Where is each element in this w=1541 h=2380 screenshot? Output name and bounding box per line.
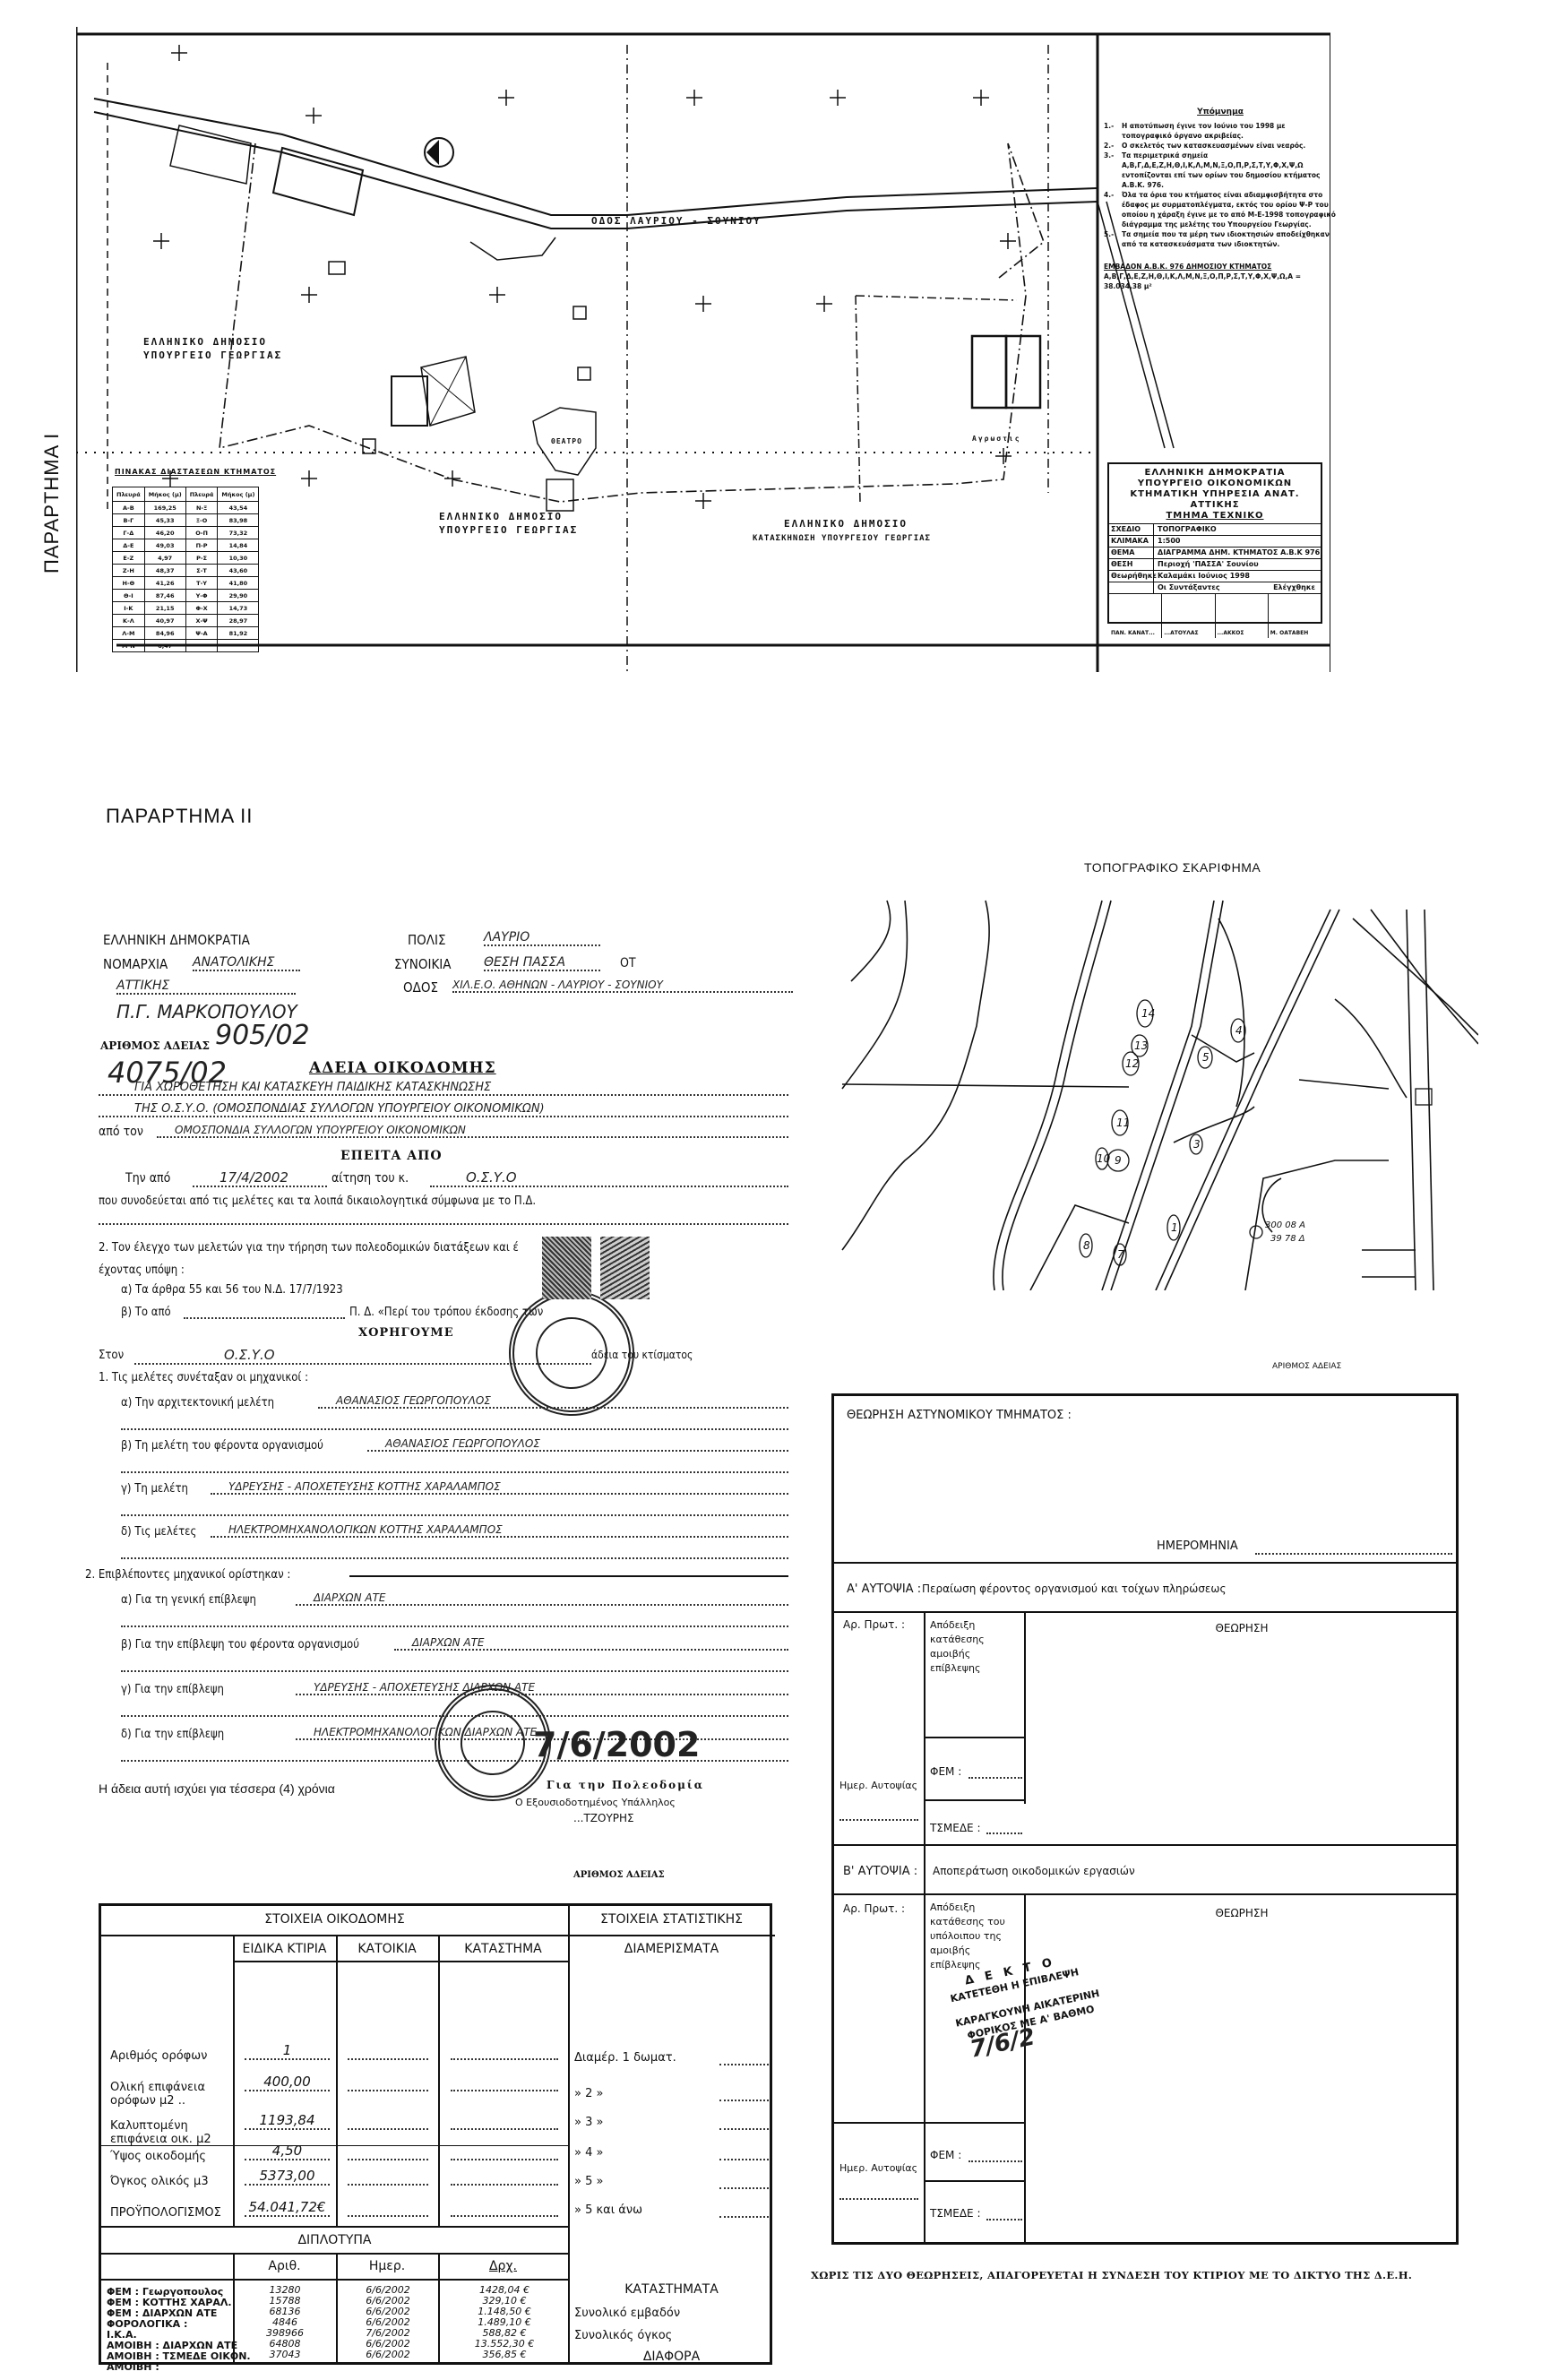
check-line: 2. Τον έλεγχο των μελετών για την τήρηση… xyxy=(99,1241,519,1255)
clause-b-suffix: Π. Δ. «Περί του τρόπου έκδοσης των xyxy=(349,1306,543,1319)
table-row: Γ-Δ46,20Ο-Π73,32 xyxy=(113,527,259,539)
district-value: ΘΕΣΗ ΠΑΣΣΑ xyxy=(484,955,600,971)
receipt-a: Απόδειξη κατάθεσης αμοιβής επίβλεψης xyxy=(930,1618,1020,1676)
table-row: Δ-Ε49,03Π-Ρ14,84 xyxy=(113,539,259,552)
table-cell: 28,97 xyxy=(218,615,259,627)
inspection-b-label: Β' ΑΥΤΟΨΙΑ : xyxy=(843,1865,917,1878)
map-notes: Υπόμνημα 1.-Η αποτύπωση έγινε τον Ιούνιο… xyxy=(1104,108,1337,269)
prefecture-value: ΑΝΑΤΟΛΙΚΗΣ xyxy=(193,955,300,971)
neighbor-label: ΕΛΛΗΝΙΚΟ ΔΗΜΟΣΙΟ xyxy=(784,518,908,530)
police-heading: ΘΕΩΡΗΣΗ ΑΣΤΥΝΟΜΙΚΟΥ ΤΜΗΜΑΤΟΣ : xyxy=(847,1409,1072,1422)
revenue-stamp xyxy=(600,1237,650,1299)
fem-label: ΦΕΜ : xyxy=(930,1765,961,1778)
table-cell: Χ-Ψ xyxy=(185,615,218,627)
supervisor-label: δ) Για την επίβλεψη xyxy=(121,1728,224,1741)
supervisor-value: ΔΙΑΡΧΩΝ ΑΤΕ xyxy=(394,1636,788,1651)
building-row-label: Ύψος οικοδομής xyxy=(110,2150,231,2163)
divider xyxy=(924,1893,925,2243)
apartment-row: » 5 και άνω xyxy=(574,2203,642,2217)
after-heading: ΕΠΕΙΤΑ ΑΠΟ xyxy=(340,1149,443,1163)
inspection-date-label: Ημερ. Αυτοψίας xyxy=(839,2162,917,2174)
table-cell: Β-Γ xyxy=(113,514,145,527)
table-cell: 29,90 xyxy=(218,590,259,602)
permit-number-label: ΑΡΙΘΜΟΣ ΑΔΕΙΑΣ xyxy=(100,1039,210,1052)
apartment-row: » 4 » xyxy=(574,2146,603,2160)
inspection-date-field xyxy=(839,2198,918,2200)
inspection-b-text: Αποπεράτωση οικοδομικών εργασιών xyxy=(933,1865,1135,1877)
tsmede-label: ΤΣΜΕΔΕ : xyxy=(930,2207,981,2220)
blank-field xyxy=(348,2215,428,2217)
title-block-row: ΘΕΜΑΔΙΑΓΡΑΜΜΑ ΔΗΜ. ΚΤΗΜΑΤΟΣ Α.Β.Κ 976 xyxy=(1109,547,1321,558)
divider xyxy=(101,2226,568,2228)
topographic-sketch: 14 13 12 11 9 10 5 4 3 1 7 8 300 08 Α 39… xyxy=(833,892,1478,1290)
studies-heading: 1. Τις μελέτες συνέταξαν οι μηχανικοί : xyxy=(99,1371,308,1384)
date-input xyxy=(1255,1553,1452,1555)
neighbor-label: ΕΛΛΗΝΙΚΟ ΔΗΜΟΣΙΟ xyxy=(439,511,563,522)
divider xyxy=(834,2122,1024,2124)
table-row: Ε-Ζ4,97Ρ-Σ10,30 xyxy=(113,552,259,565)
blank-line xyxy=(121,1625,788,1627)
divider xyxy=(1024,1611,1026,1804)
area-value: Α,Β,Γ,Δ,Ε,Ζ,Η,Θ,Ι,Κ,Λ,Μ,Ν,Ξ,Ο,Π,Ρ,Σ,Τ,Υ,… xyxy=(1104,272,1337,291)
divider xyxy=(924,1799,1024,1801)
table-row: Θ-Ι87,46Υ-Φ29,90 xyxy=(113,590,259,602)
table-row: Μ-Ν6,47 xyxy=(113,640,259,652)
by-label: από τον xyxy=(99,1125,143,1139)
review-label: ΘΕΩΡΗΣΗ xyxy=(1022,1907,1461,1919)
title-block-row: Οι ΣυντάξαντεςΕλέγχθηκε xyxy=(1109,582,1321,593)
building-row-value: 1193,84 xyxy=(245,2112,330,2130)
table-cell: 14,73 xyxy=(218,602,259,615)
title-block-row: ΘεωρήθηκεΚαλαμάκι Ιούνιος 1998 xyxy=(1109,570,1321,582)
table-cell: 87,46 xyxy=(144,590,185,602)
table-cell: Π-Ρ xyxy=(185,539,218,552)
divider xyxy=(924,2180,1024,2182)
topo-sketch-drawing: 14 13 12 11 9 10 5 4 3 1 7 8 300 08 Α 39… xyxy=(833,892,1478,1290)
handwritten-number: 905/02 xyxy=(215,1020,310,1051)
blank-field xyxy=(719,2100,769,2101)
divider xyxy=(834,1893,1456,1895)
blank-field xyxy=(348,2058,428,2060)
blank-field xyxy=(719,2187,769,2189)
supervisor-value: ΥΔΡΕΥΣΗΣ - ΑΠΟΧΕΤΕΥΣΗΣ ΔΙΑΡΧΩΝ ΑΤΕ xyxy=(296,1681,788,1695)
topo-point-label: 5 xyxy=(1202,1051,1210,1064)
table-cell: 49,03 xyxy=(144,539,185,552)
divider xyxy=(336,1935,338,2226)
table-cell: 4,97 xyxy=(144,552,185,565)
table-cell: Τ-Υ xyxy=(185,577,218,590)
table-cell: Κ-Λ xyxy=(113,615,145,627)
title-block-row: ΚΛΙΜΑΚΑ1:500 xyxy=(1109,535,1321,547)
distances-table: ΠλευράΜήκος (μ) ΠλευράΜήκος (μ) Α-Β169,2… xyxy=(112,487,259,652)
column-header: ΕΙΔΙΚΑ ΚΤΙΡΙΑ xyxy=(233,1942,336,1956)
dup-column: Αριθ. xyxy=(233,2259,336,2273)
neighbor-label: ΚΑΤΑΣΚΗΝΩΣΗ ΥΠΟΥΡΓΕΙΟΥ ΓΕΩΡΓΙΑΣ xyxy=(753,534,931,543)
city-value: ΛΑΥΡΙΟ xyxy=(484,930,600,946)
blank-line xyxy=(121,1514,788,1516)
table-cell: 48,37 xyxy=(144,565,185,577)
fem-label: ΦΕΜ : xyxy=(930,2149,961,2161)
annex-1-label: ΠΑΡΑΡΤΗΜΑ Ι xyxy=(40,358,71,573)
inspection-date-label: Ημερ. Αυτοψίας xyxy=(839,1780,917,1791)
topo-point-label: 3 xyxy=(1193,1138,1201,1151)
building-row-value: 400,00 xyxy=(245,2074,330,2091)
study-label: β) Τη μελέτη του φέροντα οργανισμού xyxy=(121,1439,323,1453)
fem-field xyxy=(969,2160,1022,2162)
duplicate-label: ΑΜΟΙΒΗ : xyxy=(107,2361,159,2373)
inspection-date-field xyxy=(839,1819,918,1821)
table-cell: 45,33 xyxy=(144,514,185,527)
form-permit-number-label: ΑΡΙΘΜΟΣ ΑΔΕΙΑΣ xyxy=(1272,1362,1341,1371)
divider xyxy=(349,1575,788,1577)
supervisor-label: β) Για την επίβλεψη του φέροντα οργανισμ… xyxy=(121,1638,359,1651)
duplicate-date: 6/6/2002 xyxy=(343,2349,433,2360)
table-cell: 46,20 xyxy=(144,527,185,539)
topo-point-label: 7 xyxy=(1117,1248,1124,1261)
apartments-heading: ΔΙΑΜΕΡΙΣΜΑΤΑ xyxy=(568,1942,775,1956)
divider xyxy=(1024,1893,1026,2243)
table-cell: 73,32 xyxy=(218,527,259,539)
table-cell: Υ-Φ xyxy=(185,590,218,602)
table-row: Κ-Λ40,97Χ-Ψ28,97 xyxy=(113,615,259,627)
table-row: Λ-Μ84,96Ψ-Α81,92 xyxy=(113,627,259,640)
study-value: ΑΘΑΝΑΣΙΟΣ ΓΕΩΡΓΟΠΟΥΛΟΣ xyxy=(367,1437,788,1452)
building-heading: ΣΤΟΙΧΕΙΑ ΟΙΚΟΔΟΜΗΣ xyxy=(101,1912,568,1927)
apartment-row: » 3 » xyxy=(574,2116,603,2129)
table-cell: Γ-Δ xyxy=(113,527,145,539)
blank-field xyxy=(451,2215,558,2217)
table-cell xyxy=(218,640,259,652)
accompanied-text: που συνοδεύεται από τις μελέτες και τα λ… xyxy=(99,1194,536,1208)
blank-field xyxy=(348,2090,428,2091)
table-cell: 81,92 xyxy=(218,627,259,640)
duplicates-heading: ΔΙΠΛΟΤΥΠΑ xyxy=(101,2233,568,2247)
table-cell xyxy=(185,640,218,652)
building-data-table: ΣΤΟΙΧΕΙΑ ΟΙΚΟΔΟΜΗΣ ΣΤΟΙΧΕΙΑ ΣΤΑΤΙΣΤΙΚΗΣ … xyxy=(99,1903,772,2365)
signatory-name: ...ΤΖΟΥΡΗΣ xyxy=(573,1812,634,1824)
divider xyxy=(438,1935,440,2226)
inspection-a-label: Α' ΑΥΤΟΨΙΑ : xyxy=(847,1582,921,1596)
supervisor-label: α) Για τη γενική επίβλεψη xyxy=(121,1593,256,1607)
note-item: 3.-Τα περιμετρικά σημεία Α,Β,Γ,Δ,Ε,Ζ,Η,Θ… xyxy=(1104,151,1337,190)
study-label: γ) Τη μελέτη xyxy=(121,1482,188,1496)
divider xyxy=(101,2253,568,2255)
blank-line xyxy=(121,1471,788,1473)
request-by: Ο.Σ.Υ.Ο xyxy=(430,1169,788,1187)
table-cell: Ι-Κ xyxy=(113,602,145,615)
street-label: ΟΔΟΣ xyxy=(403,979,438,996)
request-date: 17/4/2002 xyxy=(193,1169,327,1187)
republic-label: ΕΛΛΗΝΙΚΗ ΔΗΜΟΚΡΑΤΙΑ xyxy=(103,932,250,948)
building-row-value: 4,50 xyxy=(245,2143,330,2160)
by-value: ΟΜΟΣΠΟΝΔΙΑ ΣΥΛΛΟΓΩΝ ΥΠΟΥΡΓΕΙΟΥ ΟΙΚΟΝΟΜΙΚ… xyxy=(157,1124,788,1138)
table-cell: Ψ-Α xyxy=(185,627,218,640)
topo-point-label: 9 xyxy=(1115,1154,1122,1167)
blank-field xyxy=(348,2184,428,2186)
building-row-label: ΠΡΟΫΠΟΛΟΓΙΣΜΟΣ xyxy=(110,2206,231,2220)
title-block-row: ΘΕΣΗΠεριοχή 'ΠΑΣΣΑ' Σουνίου xyxy=(1109,558,1321,570)
blank-line xyxy=(99,1223,788,1225)
building-row-label: Καλυπτομένη επιφάνεια οικ. μ2 xyxy=(110,2119,231,2146)
duplicate-number: 37043 xyxy=(240,2349,330,2360)
table-row: Ζ-Η48,37Σ-Τ43,60 xyxy=(113,565,259,577)
table-cell: 43,54 xyxy=(218,502,259,514)
table-cell: Ο-Π xyxy=(185,527,218,539)
divider xyxy=(336,2253,338,2362)
table-cell: 40,97 xyxy=(144,615,185,627)
divider xyxy=(834,1562,1456,1564)
column-header: ΚΑΤΑΣΤΗΜΑ xyxy=(438,1942,568,1956)
table-cell: Σ-Τ xyxy=(185,565,218,577)
table-cell: 10,30 xyxy=(218,552,259,565)
date-label: ΗΜΕΡΟΜΗΝΙΑ xyxy=(1157,1539,1238,1553)
table-cell: 41,26 xyxy=(144,577,185,590)
blank-field xyxy=(451,2058,558,2060)
district-suffix: ΟΤ xyxy=(620,956,636,970)
divider xyxy=(924,1737,1024,1738)
request-mid: αίτηση του κ. xyxy=(331,1171,409,1186)
neighbor-label: ΥΠΟΥΡΓΕΙΟ ΓΕΩΡΓΙΑΣ xyxy=(143,349,282,361)
theatre-label: ΘΕΑΤΡΟ xyxy=(551,437,582,445)
apartment-row: » 5 » xyxy=(574,2175,603,2188)
topo-point-label: 12 xyxy=(1125,1057,1139,1070)
note-item: 5.-Τα σημεία που τα μέρη των ιδιοκτησιών… xyxy=(1104,229,1337,249)
blank-field xyxy=(451,2090,558,2091)
blank-field xyxy=(451,2128,558,2130)
blank-field xyxy=(451,2159,558,2160)
table-cell: Η-Θ xyxy=(113,577,145,590)
table-cell: 83,98 xyxy=(218,514,259,527)
study-value: ΥΔΡΕΥΣΗΣ - ΑΠΟΧΕΤΕΥΣΗΣ ΚΟΤΤΗΣ ΧΑΡΑΛΑΜΠΟΣ xyxy=(211,1480,788,1495)
building-row-label: Αριθμός ορόφων xyxy=(110,2049,231,2063)
topo-point-label: 13 xyxy=(1134,1039,1148,1052)
receipt-b: Απόδειξη κατάθεσης του υπόλοιπου της αμο… xyxy=(930,1901,1023,1972)
permit-title: ΑΔΕΙΑ ΟΙΚΟΔΟΜΗΣ xyxy=(309,1059,496,1077)
fem-field xyxy=(969,1777,1022,1779)
table-header-row: ΠλευράΜήκος (μ) ΠλευράΜήκος (μ) xyxy=(113,487,259,502)
blank-line xyxy=(121,1670,788,1672)
blank-field xyxy=(719,2159,769,2160)
revenue-stamp xyxy=(542,1237,591,1299)
divider xyxy=(101,1935,775,1936)
topo-sketch-title: ΤΟΠΟΓΡΑΦΙΚΟ ΣΚΑΡΙΦΗΜΑ xyxy=(1084,860,1261,875)
topo-point-label: 8 xyxy=(1083,1239,1090,1252)
blank-line xyxy=(121,1428,788,1430)
street-value: ΧΙΛ.Ε.Ο. ΑΘΗΝΩΝ - ΛΑΥΡΙΟΥ - ΣΟΥΝΙΟΥ xyxy=(452,979,793,993)
divider xyxy=(233,1935,235,2226)
road-label: ΟΔΟΣ ΛΑΥΡΙΟΥ - ΣΟΥΝΙΟΥ xyxy=(591,215,762,227)
shops-volume-label: Συνολικός όγκος xyxy=(574,2329,672,2342)
table-cell: 6,47 xyxy=(144,640,185,652)
topo-point-label: 4 xyxy=(1235,1024,1243,1037)
prefecture-label: ΝΟΜΑΡΧΙΑ xyxy=(103,956,168,972)
table-row: Η-Θ41,26Τ-Υ41,80 xyxy=(113,577,259,590)
divider xyxy=(834,1611,1456,1613)
purpose-line-2: ΤΗΣ Ο.Σ.Υ.Ο. (ΟΜΟΣΠΟΝΔΙΑΣ ΣΥΛΛΟΓΩΝ ΥΠΟΥΡ… xyxy=(99,1102,788,1117)
prot-label: Αρ. Πρωτ. : xyxy=(843,1618,905,1631)
table-cell: Ν-Ξ xyxy=(185,502,218,514)
table-cell: 84,96 xyxy=(144,627,185,640)
title-block-row: ΣΧΕΔΙΟΤΟΠΟΓΡΑΦΙΚΟ xyxy=(1109,523,1321,535)
request-prefix: Την από xyxy=(125,1171,170,1186)
distances-title: ΠΙΝΑΚΑΣ ΔΙΑΣΤΑΣΕΩΝ ΚΤΗΜΑΤΟΣ xyxy=(115,468,276,476)
topo-point-label: 1 xyxy=(1171,1221,1178,1234)
divider xyxy=(101,2279,568,2281)
apartment-row: Διαμέρ. 1 δωματ. xyxy=(574,2051,676,2065)
clause-b-prefix: β) Το από xyxy=(121,1306,171,1319)
tsmede-field xyxy=(986,2219,1022,2220)
validity-note: Η άδεια αυτή ισχύει για τέσσερα (4) χρόν… xyxy=(99,1781,335,1796)
study-label: α) Την αρχιτεκτονική μελέτη xyxy=(121,1396,274,1410)
permit-number-footer: ΑΡΙΘΜΟΣ ΑΔΕΙΑΣ xyxy=(573,1870,665,1880)
table-cell: Ζ-Η xyxy=(113,565,145,577)
inspection-form: ΘΕΩΡΗΣΗ ΑΣΤΥΝΟΜΙΚΟΥ ΤΜΗΜΑΤΟΣ : ΗΜΕΡΟΜΗΝΙ… xyxy=(831,1393,1459,2245)
title-block-line: ΕΛΛΗΝΙΚΗ ΔΗΜΟΚΡΑΤΙΑ xyxy=(1109,468,1321,479)
neighbor-label: ΕΛΛΗΝΙΚΟ ΔΗΜΟΣΙΟ xyxy=(143,336,267,348)
misc-heading: ΔΙΑΦΟΡΑ xyxy=(568,2350,775,2364)
table-cell: 41,80 xyxy=(218,577,259,590)
table-cell: Δ-Ε xyxy=(113,539,145,552)
building-row-label: Όγκος ολικός μ3 xyxy=(110,2175,231,2188)
table-cell: Λ-Μ xyxy=(113,627,145,640)
table-cell: Ρ-Σ xyxy=(185,552,218,565)
sign-line-2: Ο Εξουσιοδοτημένος Υπάλληλος xyxy=(515,1797,676,1808)
study-label: δ) Τις μελέτες xyxy=(121,1525,196,1539)
issue-date: 7/6/2002 xyxy=(533,1725,700,1764)
blank-field xyxy=(451,2184,558,2186)
blank-line xyxy=(184,1317,345,1319)
neighbor-label: ΥΠΟΥΡΓΕΙΟ ΓΕΩΡΓΙΑΣ xyxy=(439,524,578,536)
shops-heading: ΚΑΤΑΣΤΗΜΑΤΑ xyxy=(568,2282,775,2297)
prot-label: Αρ. Πρωτ. : xyxy=(843,1902,905,1915)
blank-field xyxy=(719,2128,769,2130)
title-block-line: ΤΜΗΜΑ ΤΕΧΝΙΚΟ xyxy=(1109,511,1321,522)
note-item: 4.-Όλα τα όρια του κτήματος είναι αδιαμφ… xyxy=(1104,190,1337,229)
building-row-value: 1 xyxy=(245,2042,330,2060)
blank-field xyxy=(348,2128,428,2130)
title-block-line: ΚΤΗΜΑΤΙΚΗ ΥΠΗΡΕΣΙΑ ΑΝΑΤ. ΑΤΤΙΚΗΣ xyxy=(1109,489,1321,511)
area-title: ΕΜΒΑΔΟΝ Α.Β.Κ. 976 ΔΗΜΟΣΙΟΥ ΚΤΗΜΑΤΟΣ xyxy=(1104,262,1337,272)
divider xyxy=(438,2253,440,2362)
table-row: Β-Γ45,33Ξ-Ο83,98 xyxy=(113,514,259,527)
topo-point-label: 11 xyxy=(1116,1117,1130,1129)
column-header: ΚΑΤΟΙΚΙΑ xyxy=(336,1942,438,1956)
table-cell: Ξ-Ο xyxy=(185,514,218,527)
table-row: Α-Β169,25Ν-Ξ43,54 xyxy=(113,502,259,514)
tsmede-label: ΤΣΜΕΔΕ : xyxy=(930,1822,981,1834)
divider xyxy=(233,1961,568,1962)
review-label: ΘΕΩΡΗΣΗ xyxy=(1022,1622,1461,1634)
map-title-block: ΕΛΛΗΝΙΚΗ ΔΗΜΟΚΡΑΤΙΑ ΥΠΟΥΡΓΕΙΟ ΟΙΚΟΝΟΜΙΚΩ… xyxy=(1107,462,1322,624)
field-label: Αγρωστις xyxy=(972,435,1021,443)
prefecture-value-2: ΑΤΤΙΚΗΣ xyxy=(116,979,296,995)
topo-point-label: 14 xyxy=(1141,1007,1155,1020)
supervisors-heading: 2. Επιβλέποντες μηχανικοί ορίστηκαν : xyxy=(85,1568,290,1582)
grant-heading: ΧΟΡΗΓΟΥΜΕ xyxy=(358,1326,454,1340)
blank-field xyxy=(348,2159,428,2160)
stats-heading: ΣΤΟΙΧΕΙΑ ΣΤΑΤΙΣΤΙΚΗΣ xyxy=(568,1912,775,1927)
note-item: 1.-Η αποτύπωση έγινε τον Ιούνιο του 1998… xyxy=(1104,121,1337,141)
table-cell: Μ-Ν xyxy=(113,640,145,652)
building-row-value: 54.041,72€ xyxy=(245,2199,330,2217)
purpose-line-1: ΓΙΑ ΧΩΡΟΘΕΤΗΣΗ ΚΑΙ ΚΑΤΑΣΚΕΥΗ ΠΑΙΔΙΚΗΣ ΚΑ… xyxy=(99,1081,788,1096)
apartment-row: » 2 » xyxy=(574,2087,603,2100)
notes-title: Υπόμνημα xyxy=(1104,108,1337,117)
topo-area-label: 39 78 Δ xyxy=(1270,1234,1305,1244)
table-cell: Φ-Χ xyxy=(185,602,218,615)
topo-area-label: 300 08 Α xyxy=(1265,1220,1305,1230)
title-block-line: ΥΠΟΥΡΓΕΙΟ ΟΙΚΟΝΟΜΙΚΩΝ xyxy=(1109,479,1321,489)
district-label: ΣΥΝΟΙΚΙΑ xyxy=(394,956,452,972)
sign-line-1: Για την Πολεοδομία xyxy=(547,1779,704,1791)
city-label: ΠΟΛΙΣ xyxy=(408,932,446,948)
clause-a: α) Τα άρθρα 55 και 56 του Ν.Δ. 17/7/1923 xyxy=(121,1283,343,1297)
inspection-a-text: Περαίωση φέροντος οργανισμού και τοίχων … xyxy=(922,1582,1227,1595)
supervisor-value: ΔΙΑΡΧΩΝ ΑΤΕ xyxy=(296,1591,788,1606)
table-cell: Ε-Ζ xyxy=(113,552,145,565)
tsmede-field xyxy=(986,1832,1022,1834)
study-value: ΗΛΕΚΤΡΟΜΗΧΑΝΟΛΟΓΙΚΩΝ ΚΟΤΤΗΣ ΧΑΡΑΛΑΜΠΟΣ xyxy=(211,1523,788,1538)
blank-line xyxy=(121,1557,788,1559)
building-row-value: 5373,00 xyxy=(245,2168,330,2186)
table-row: Ι-Κ21,15Φ-Χ14,73 xyxy=(113,602,259,615)
dup-column: Ημερ. xyxy=(336,2259,438,2273)
having-label: έχοντας υπόψη : xyxy=(99,1263,185,1277)
table-cell: 21,15 xyxy=(144,602,185,615)
table-cell: Α-Β xyxy=(113,502,145,514)
to-label: Στον xyxy=(99,1349,124,1362)
annex-2-label: ΠΑΡΑΡΤΗΜΑ ΙΙ xyxy=(106,805,253,828)
duplicate-amount: 356,85 € xyxy=(446,2349,563,2360)
table-cell: 14,84 xyxy=(218,539,259,552)
blank-field xyxy=(719,2216,769,2218)
table-cell: 169,25 xyxy=(144,502,185,514)
dup-column: Δρχ. xyxy=(438,2259,568,2273)
topo-point-label: 10 xyxy=(1097,1152,1111,1165)
signatures: ΠΑΝ. ΚΑΝΑΤ... ...ΑΤΟΥΛΑΣ ...ΑΚΚΟΣ Μ. ΟΑΤ… xyxy=(1109,593,1321,638)
table-cell: Θ-Ι xyxy=(113,590,145,602)
building-row-label: Ολική επιφάνεια ορόφων μ2 .. xyxy=(110,2081,231,2108)
supervisor-label: γ) Για την επίβλεψη xyxy=(121,1683,224,1696)
divider xyxy=(834,1844,1456,1846)
note-item: 2.-Ο σκελετός των κατασκευασμένων είναι … xyxy=(1104,141,1337,151)
footer-note: ΧΩΡΙΣ ΤΙΣ ΔΥΟ ΘΕΩΡΗΣΕΙΣ, ΑΠΑΓΟΡΕΥΕΤΑΙ Η … xyxy=(811,2269,1412,2281)
blank-field xyxy=(719,2064,769,2065)
table-cell: 43,60 xyxy=(218,565,259,577)
shops-area-label: Συνολικό εμβαδόν xyxy=(574,2307,680,2320)
